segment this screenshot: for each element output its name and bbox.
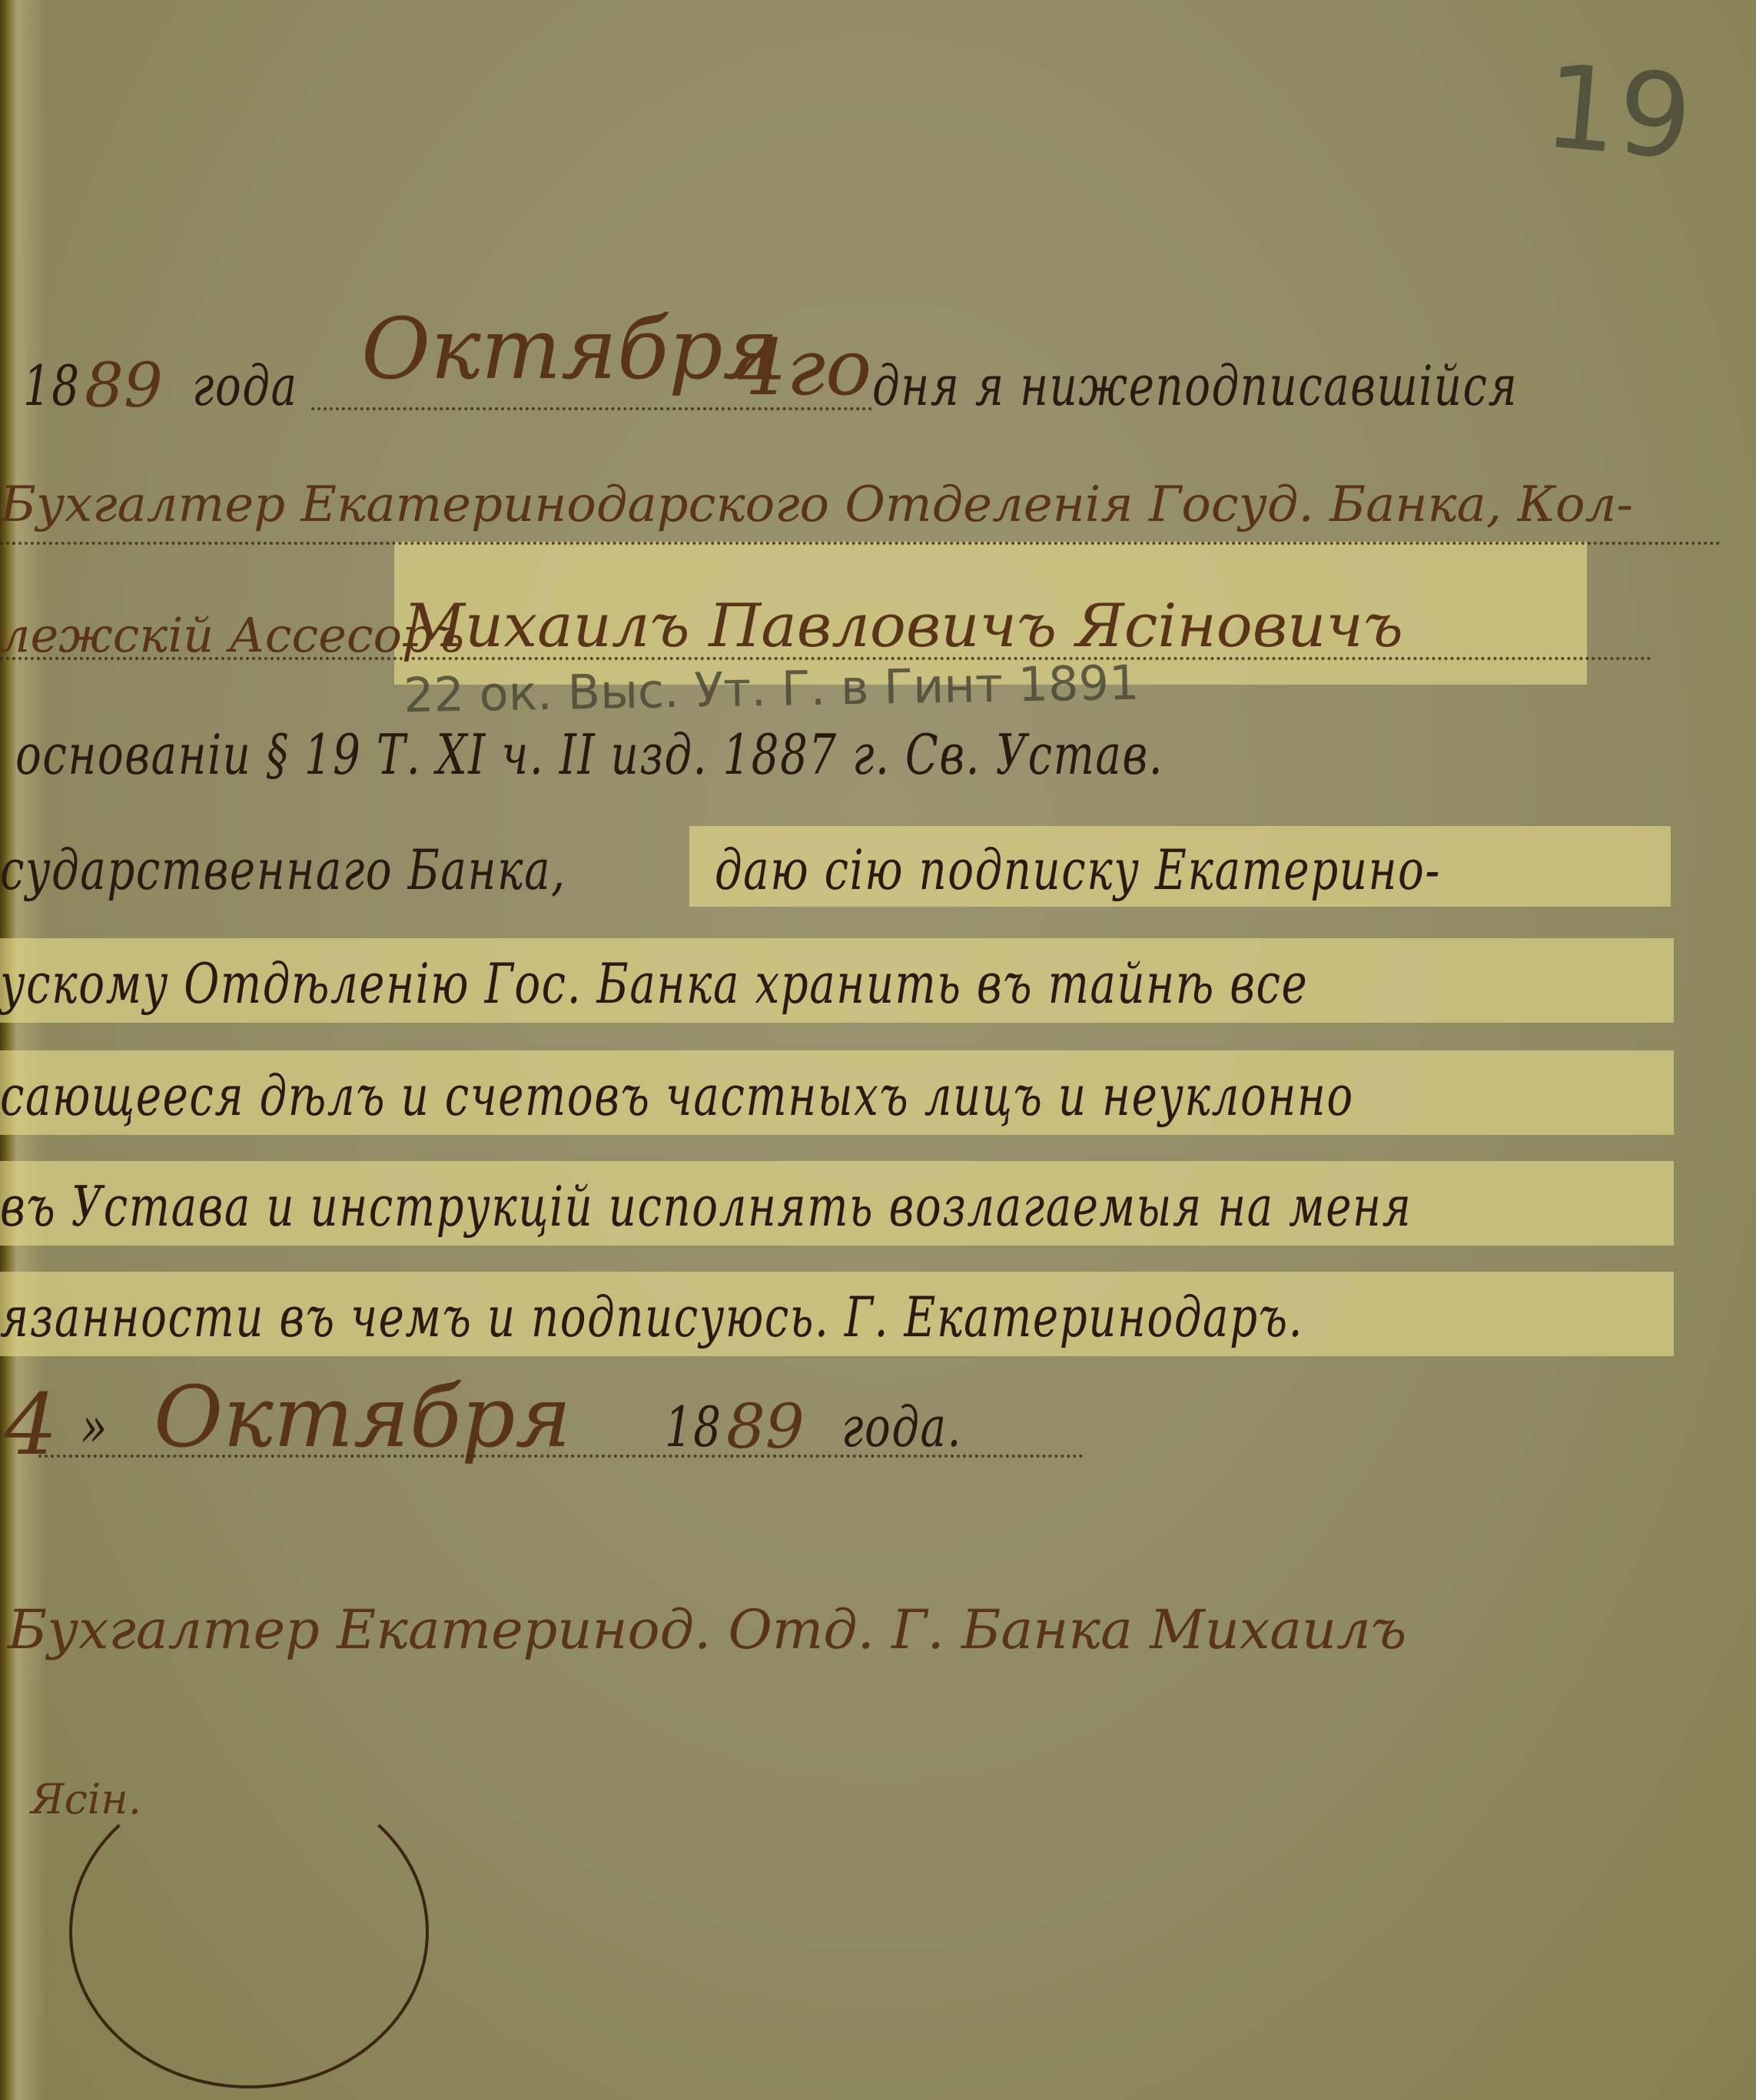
line-7: сающееся дѣлъ и счетовъ частныхъ лицъ и … — [0, 1063, 1354, 1128]
handwritten-month: Октября — [154, 1368, 571, 1466]
pencil-annotation: 22 ок. Выс. Ут. Г. в Гинт 1891 — [403, 655, 1140, 724]
handwritten-year-digit: 89 — [85, 350, 163, 421]
page-number: 19 — [1539, 40, 1697, 186]
line-4: основаніи § 19 Т. XI ч. II изд. 1887 г. … — [15, 722, 1163, 787]
printed-goda: года. — [841, 1395, 962, 1459]
line-5-plain: сударственнаго Банка, — [0, 838, 566, 902]
line-8: въ Устава и инструкцій исполнять возлага… — [0, 1174, 1412, 1239]
line-9: язанности въ чемъ и подписуюсь. Г. Екате… — [0, 1285, 1303, 1349]
printed-goda: года — [192, 353, 298, 418]
handwritten-day: 4 — [4, 1375, 58, 1474]
handwritten-title: Бухгалтер Екатеринодарского Отделенія Го… — [0, 476, 1633, 533]
handwritten-day: 4го — [738, 323, 871, 413]
document-page: 19 18 89 года Октября 4го дня я нижеподп… — [0, 0, 1756, 2100]
fill-line — [0, 542, 1721, 545]
line-5-highlighted: даю сію подписку Екатерино- — [715, 838, 1441, 902]
signature-flourish — [69, 1775, 429, 2088]
printed-year-prefix: 18 — [23, 353, 81, 418]
printed-text: дня я нижеподписавшійся — [872, 353, 1518, 418]
handwritten-year-digit: 89 — [726, 1391, 805, 1462]
printed-quote: » — [81, 1395, 108, 1459]
handwritten-rank: лежскій Ассесоръ — [0, 607, 464, 663]
handwritten-month: Октября — [361, 300, 778, 398]
signature-second-line: Ясін. — [31, 1775, 141, 1823]
line-6: ускому Отдѣленію Гос. Банка хранить въ т… — [0, 951, 1308, 1016]
signature-text: Бухгалтер Екатеринод. Отд. Г. Банка Миха… — [8, 1598, 1406, 1661]
handwritten-name: Михаилъ Павловичъ Ясіновичъ — [403, 592, 1403, 661]
printed-year-prefix: 18 — [665, 1395, 722, 1459]
